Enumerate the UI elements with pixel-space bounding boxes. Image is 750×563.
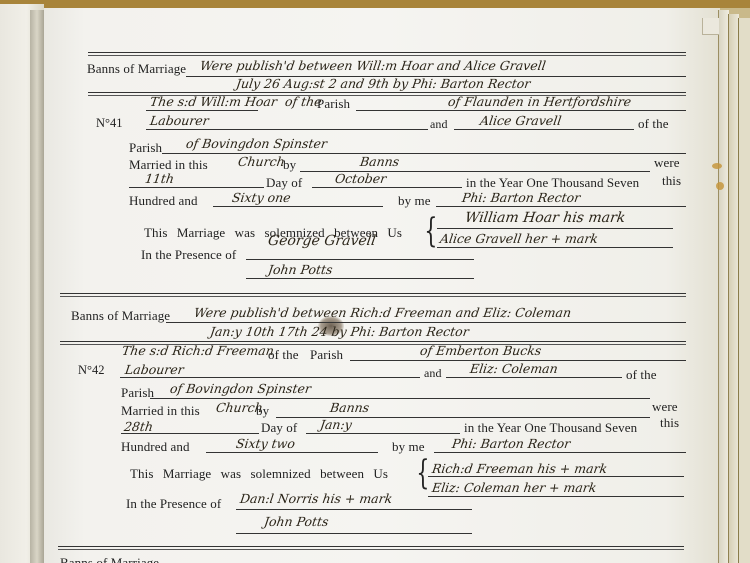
were-label: were <box>652 400 678 414</box>
divider <box>88 52 686 53</box>
hundred-label: Hundred and <box>121 440 190 454</box>
bride-name: Alice Gravell <box>479 114 562 128</box>
this-label: this <box>660 416 679 430</box>
married-label: Married in this <box>121 404 200 418</box>
rule <box>146 129 428 130</box>
presence-label: In the Presence of <box>126 497 221 511</box>
parish-label: Parish <box>129 141 162 155</box>
married-by: Banns <box>329 401 370 415</box>
were-label: were <box>654 156 680 170</box>
stain <box>716 182 724 190</box>
by-label: by <box>256 404 269 418</box>
by-me-label: by me <box>398 194 431 208</box>
day: 28th <box>123 420 154 434</box>
witness-2: John Potts <box>263 515 329 529</box>
folded-corner <box>702 18 719 35</box>
rule <box>121 433 259 434</box>
of-the: of the <box>626 368 657 382</box>
next-entry-banns-label: Banns of Marriage <box>60 556 159 563</box>
officiant: Phi: Barton Rector <box>461 191 581 205</box>
rule <box>166 322 686 323</box>
married-label: Married in this <box>129 158 208 172</box>
by-me-label: by me <box>392 440 425 454</box>
of-the: of the <box>638 117 669 131</box>
parish-label: Parish <box>317 97 350 111</box>
background-table <box>0 0 750 8</box>
married-in: Church <box>237 155 286 169</box>
entry-number: N°41 <box>96 116 123 131</box>
rule <box>437 228 673 229</box>
rule <box>236 509 472 510</box>
page-edge <box>738 18 750 563</box>
solemnized-label: This Marriage was solemnized between Us <box>130 467 388 481</box>
signature-groom: William Hoar his mark <box>464 211 626 225</box>
stain <box>712 163 722 169</box>
rule <box>150 398 650 399</box>
rule <box>306 433 460 434</box>
presence-label: In the Presence of <box>141 248 236 262</box>
rule <box>446 377 622 378</box>
banns-dates: July 26 Aug:st 2 and 9th by Phi: Barton … <box>235 77 531 91</box>
groom-status: Labourer <box>149 114 210 128</box>
bride-name: Eliz: Coleman <box>469 362 559 376</box>
married-by: Banns <box>359 155 400 169</box>
rule <box>246 278 474 279</box>
rule <box>428 496 684 497</box>
month: Jan:y <box>319 418 353 432</box>
officiant: Phi: Barton Rector <box>451 437 571 451</box>
signature-groom: Rich:d Freeman his + mark <box>431 462 608 476</box>
banns-label: Banns of Marriage <box>71 309 170 323</box>
brace: { <box>416 458 429 488</box>
day-label: Day of <box>261 421 297 435</box>
year-label: in the Year One Thousand Seven <box>466 176 639 190</box>
year-label: in the Year One Thousand Seven <box>464 421 637 435</box>
brace: { <box>424 216 437 246</box>
signature-bride: Eliz: Coleman her + mark <box>431 481 597 495</box>
by-label: by <box>283 158 296 172</box>
day-label: Day of <box>266 176 302 190</box>
rule <box>356 110 686 111</box>
divider <box>60 341 686 342</box>
rule <box>434 452 686 453</box>
this-label: this <box>662 174 681 188</box>
rule <box>246 259 474 260</box>
bride-parish: of Bovingdon Spinster <box>185 137 328 151</box>
parish-label: Parish <box>310 348 343 362</box>
book-spine <box>30 10 44 563</box>
hundred-label: Hundred and <box>129 194 198 208</box>
witness-1: Dan:l Norris his + mark <box>239 492 393 506</box>
rule <box>213 206 383 207</box>
banns-text: Were publish'd between Will:m Hoar and A… <box>199 59 547 73</box>
groom-parish: of Flaunden in Hertfordshire <box>447 95 632 109</box>
of-the: of the <box>268 348 299 362</box>
month: October <box>334 172 387 186</box>
witness-1: George Gravell <box>267 234 377 248</box>
bride-parish: of Bovingdon Spinster <box>169 382 312 396</box>
rule <box>236 533 472 534</box>
divider <box>88 92 686 93</box>
groom-name: The s:d Will:m Hoar <box>149 95 278 109</box>
year-written: Sixty one <box>231 191 292 205</box>
rule <box>437 247 673 248</box>
witness-2: John Potts <box>267 263 333 277</box>
banns-label: Banns of Marriage <box>87 62 186 76</box>
groom-status: Labourer <box>124 363 185 377</box>
banns-dates: Jan:y 10th 17th 24 by Phi: Barton Rector <box>209 325 470 339</box>
rule <box>454 129 634 130</box>
day: 11th <box>144 172 175 186</box>
groom-name: The s:d Rich:d Freeman <box>121 344 275 358</box>
entry-number: N°42 <box>78 363 105 378</box>
divider <box>58 546 684 547</box>
rule <box>146 110 258 111</box>
year-written: Sixty two <box>235 437 296 451</box>
rule <box>206 452 378 453</box>
rule <box>312 187 462 188</box>
signature-bride: Alice Gravell her + mark <box>439 232 599 246</box>
banns-text: Were publish'd between Rich:d Freeman an… <box>193 306 572 320</box>
rule <box>436 206 686 207</box>
rule <box>129 187 264 188</box>
rule <box>428 476 684 477</box>
divider <box>60 293 686 294</box>
groom-parish: of Emberton Bucks <box>419 344 542 358</box>
and-label: and <box>430 117 448 131</box>
and-label: and <box>424 366 442 380</box>
rule <box>120 377 420 378</box>
